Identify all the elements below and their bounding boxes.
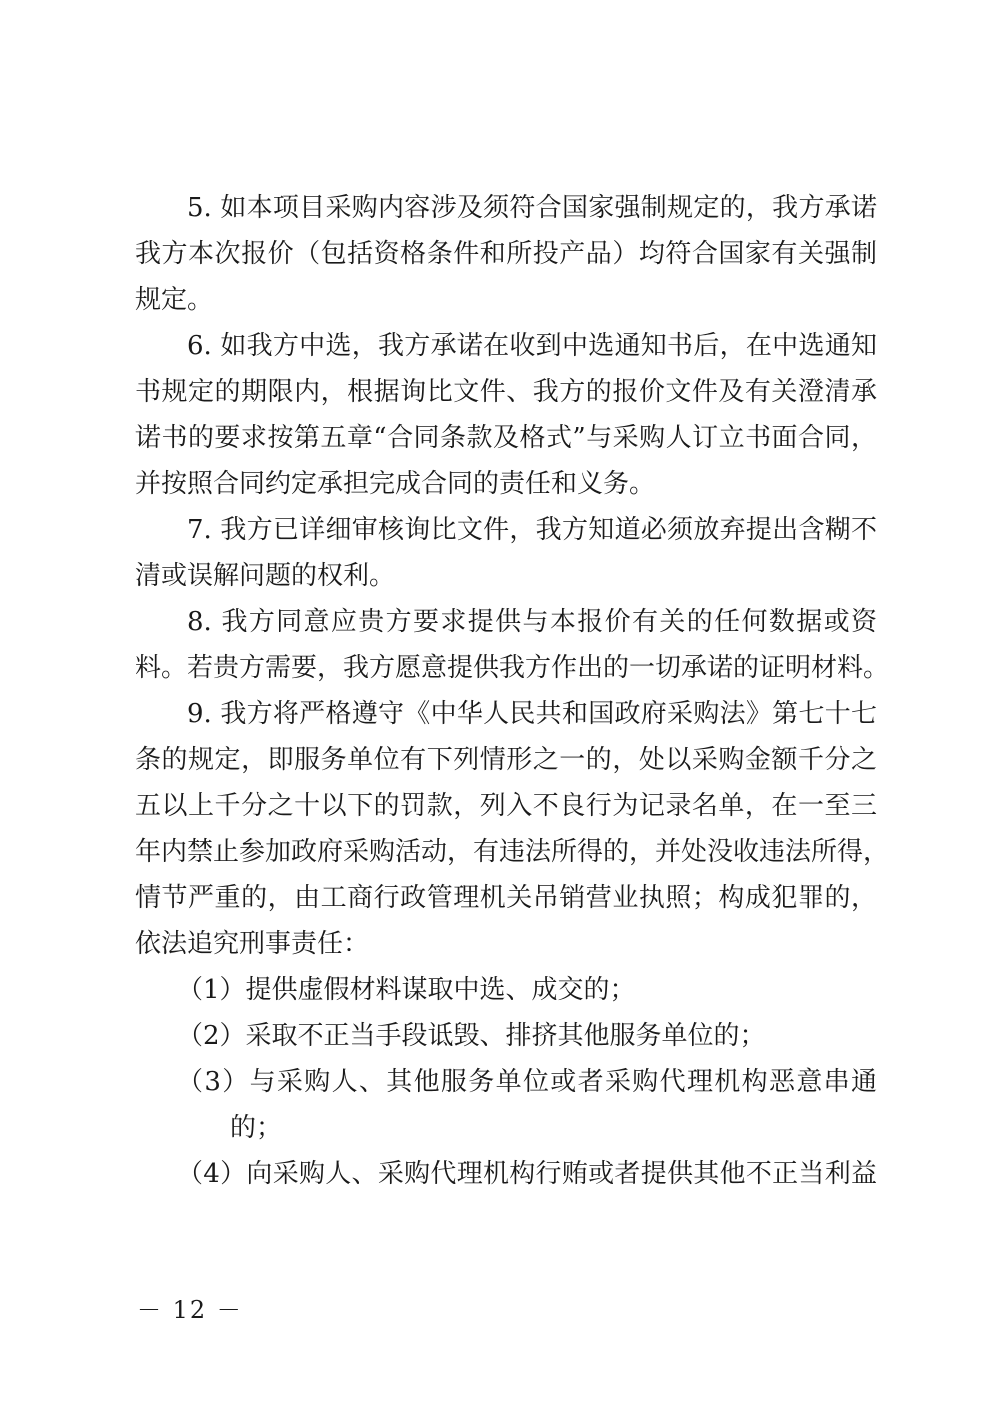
text-line: 书规定的期限内，根据询比文件、我方的报价文件及有关澄清承: [135, 369, 877, 415]
list-item-text: 与采购人、其他服务单位或者采购代理机构恶意串通: [250, 1067, 877, 1097]
text-line: 诺书的要求按第五章“合同条款及格式”与采购人订立书面合同，: [135, 415, 877, 461]
text-line: 5. 如本项目采购内容涉及须符合国家强制规定的，我方承诺: [135, 185, 877, 231]
list-item-label: （3）: [177, 1067, 250, 1097]
text-line: 我方本次报价（包括资格条件和所投产品）均符合国家有关强制: [135, 231, 877, 277]
list-item-label: （2）: [177, 1021, 246, 1051]
document-page: 5. 如本项目采购内容涉及须符合国家强制规定的，我方承诺 我方本次报价（包括资格…: [0, 0, 1000, 1414]
text-line: 规定。: [135, 277, 877, 323]
list-item: （4）向采购人、采购代理机构行贿或者提供其他不正当利益: [135, 1151, 877, 1197]
text-line: 情节严重的，由工商行政管理机关吊销营业执照；构成犯罪的，: [135, 875, 877, 921]
list-item-text: 提供虚假材料谋取中选、成交的；: [246, 975, 636, 1005]
text-line: 条的规定，即服务单位有下列情形之一的，处以采购金额千分之: [135, 737, 877, 783]
paragraph-item-6: 6. 如我方中选，我方承诺在收到中选通知书后，在中选通知 书规定的期限内，根据询…: [135, 323, 877, 507]
text-line: 料。若贵方需要，我方愿意提供我方作出的一切承诺的证明材料。: [135, 645, 877, 691]
paragraph-item-7: 7. 我方已详细审核询比文件，我方知道必须放弃提出含糊不 清或误解问题的权利。: [135, 507, 877, 599]
paragraph-item-5: 5. 如本项目采购内容涉及须符合国家强制规定的，我方承诺 我方本次报价（包括资格…: [135, 185, 877, 323]
text-line: 并按照合同约定承担完成合同的责任和义务。: [135, 461, 877, 507]
list-item: （3）与采购人、其他服务单位或者采购代理机构恶意串通: [135, 1059, 877, 1105]
text-line: 9. 我方将严格遵守《中华人民共和国政府采购法》第七十七: [135, 691, 877, 737]
violation-list: （1）提供虚假材料谋取中选、成交的； （2）采取不正当手段诋毁、排挤其他服务单位…: [135, 967, 877, 1197]
list-item: （2）采取不正当手段诋毁、排挤其他服务单位的；: [135, 1013, 877, 1059]
text-line: 7. 我方已详细审核询比文件，我方知道必须放弃提出含糊不: [135, 507, 877, 553]
list-item-label: （4）: [177, 1159, 246, 1189]
text-line: 年内禁止参加政府采购活动，有违法所得的，并处没收违法所得，: [135, 829, 877, 875]
list-item-text: 向采购人、采购代理机构行贿或者提供其他不正当利益: [246, 1159, 877, 1189]
list-item-continuation: 的；: [135, 1105, 877, 1151]
page-number: － 12 －: [137, 1290, 243, 1325]
text-line: 清或误解问题的权利。: [135, 553, 877, 599]
text-line: 6. 如我方中选，我方承诺在收到中选通知书后，在中选通知: [135, 323, 877, 369]
document-body: 5. 如本项目采购内容涉及须符合国家强制规定的，我方承诺 我方本次报价（包括资格…: [135, 185, 877, 1197]
text-line: 依法追究刑事责任：: [135, 921, 877, 967]
text-line: 8. 我方同意应贵方要求提供与本报价有关的任何数据或资: [135, 599, 877, 645]
list-item: （1）提供虚假材料谋取中选、成交的；: [135, 967, 877, 1013]
list-item-text: 采取不正当手段诋毁、排挤其他服务单位的；: [246, 1021, 766, 1051]
paragraph-item-9: 9. 我方将严格遵守《中华人民共和国政府采购法》第七十七 条的规定，即服务单位有…: [135, 691, 877, 967]
list-item-label: （1）: [177, 975, 246, 1005]
text-line: 五以上千分之十以下的罚款，列入不良行为记录名单，在一至三: [135, 783, 877, 829]
paragraph-item-8: 8. 我方同意应贵方要求提供与本报价有关的任何数据或资 料。若贵方需要，我方愿意…: [135, 599, 877, 691]
